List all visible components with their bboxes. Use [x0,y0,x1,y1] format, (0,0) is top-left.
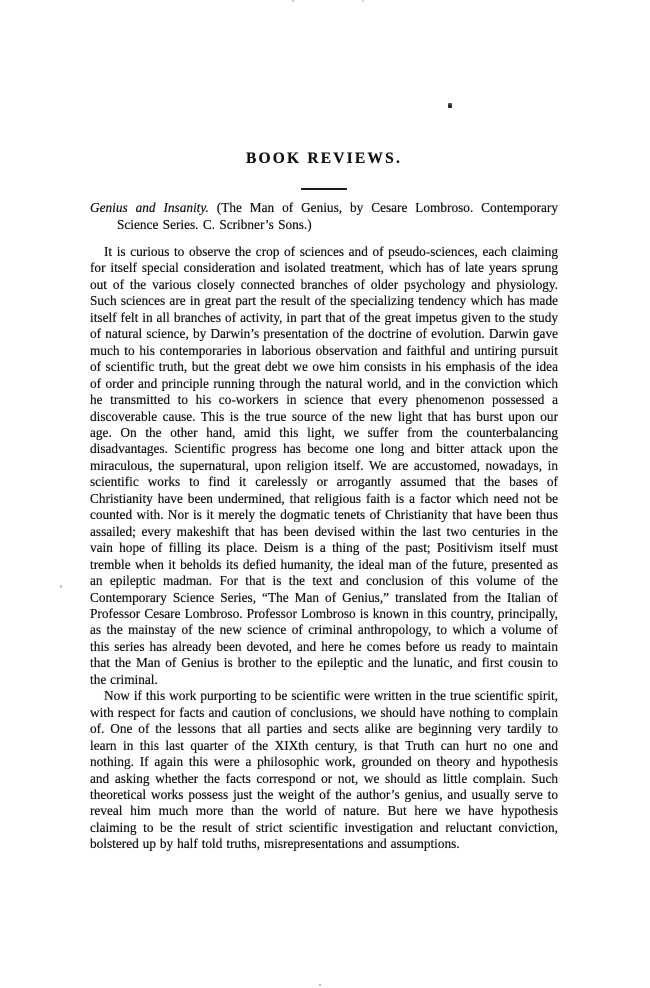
scanned-page: BOOK REVIEWS. Genius and Insanity. (The … [0,0,650,988]
review-body: It is curious to observe the crop of sci… [90,244,558,853]
review-citation: Genius and Insanity. (The Man of Genius,… [90,200,558,233]
scan-speck [60,585,62,588]
scan-speck [96,748,98,750]
scan-speck [448,103,452,108]
scan-speck [292,0,294,2]
title-divider-rule [301,188,347,190]
review-citation-book-title: Genius and Insanity. [90,200,209,215]
scan-speck [319,984,321,986]
review-paragraph-1: It is curious to observe the crop of sci… [90,244,558,688]
page-title: BOOK REVIEWS. [90,150,558,168]
review-paragraph-2: Now if this work purporting to be scient… [90,688,558,853]
scan-speck [362,0,364,2]
